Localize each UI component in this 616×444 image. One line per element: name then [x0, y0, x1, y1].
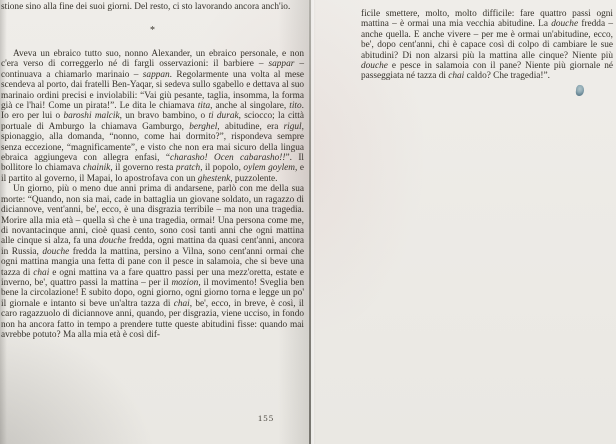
left-page-body: Aveva un ebraico tutto suo, nonno Alexan… — [1, 49, 304, 340]
paragraph: ficile smettere, molto, molto difficile:… — [361, 9, 613, 82]
book-scan: stione sino alla fine dei suoi giorni. D… — [0, 0, 616, 444]
paragraph: Un giorno, più o meno due anni prima di … — [1, 184, 304, 340]
page-number: 155 — [248, 413, 284, 423]
paragraph-continuation-top: stione sino alla fine dei suoi giorni. D… — [1, 2, 304, 12]
paragraph: Aveva un ebraico tutto suo, nonno Alexan… — [1, 49, 304, 184]
right-page-body: ficile smettere, molto, molto difficile:… — [361, 9, 613, 82]
paragraph: stione sino alla fine dei suoi giorni. D… — [1, 2, 304, 12]
book-gutter-highlight — [311, 0, 314, 444]
section-separator: * — [1, 26, 304, 36]
ink-stain-mark — [575, 85, 584, 97]
